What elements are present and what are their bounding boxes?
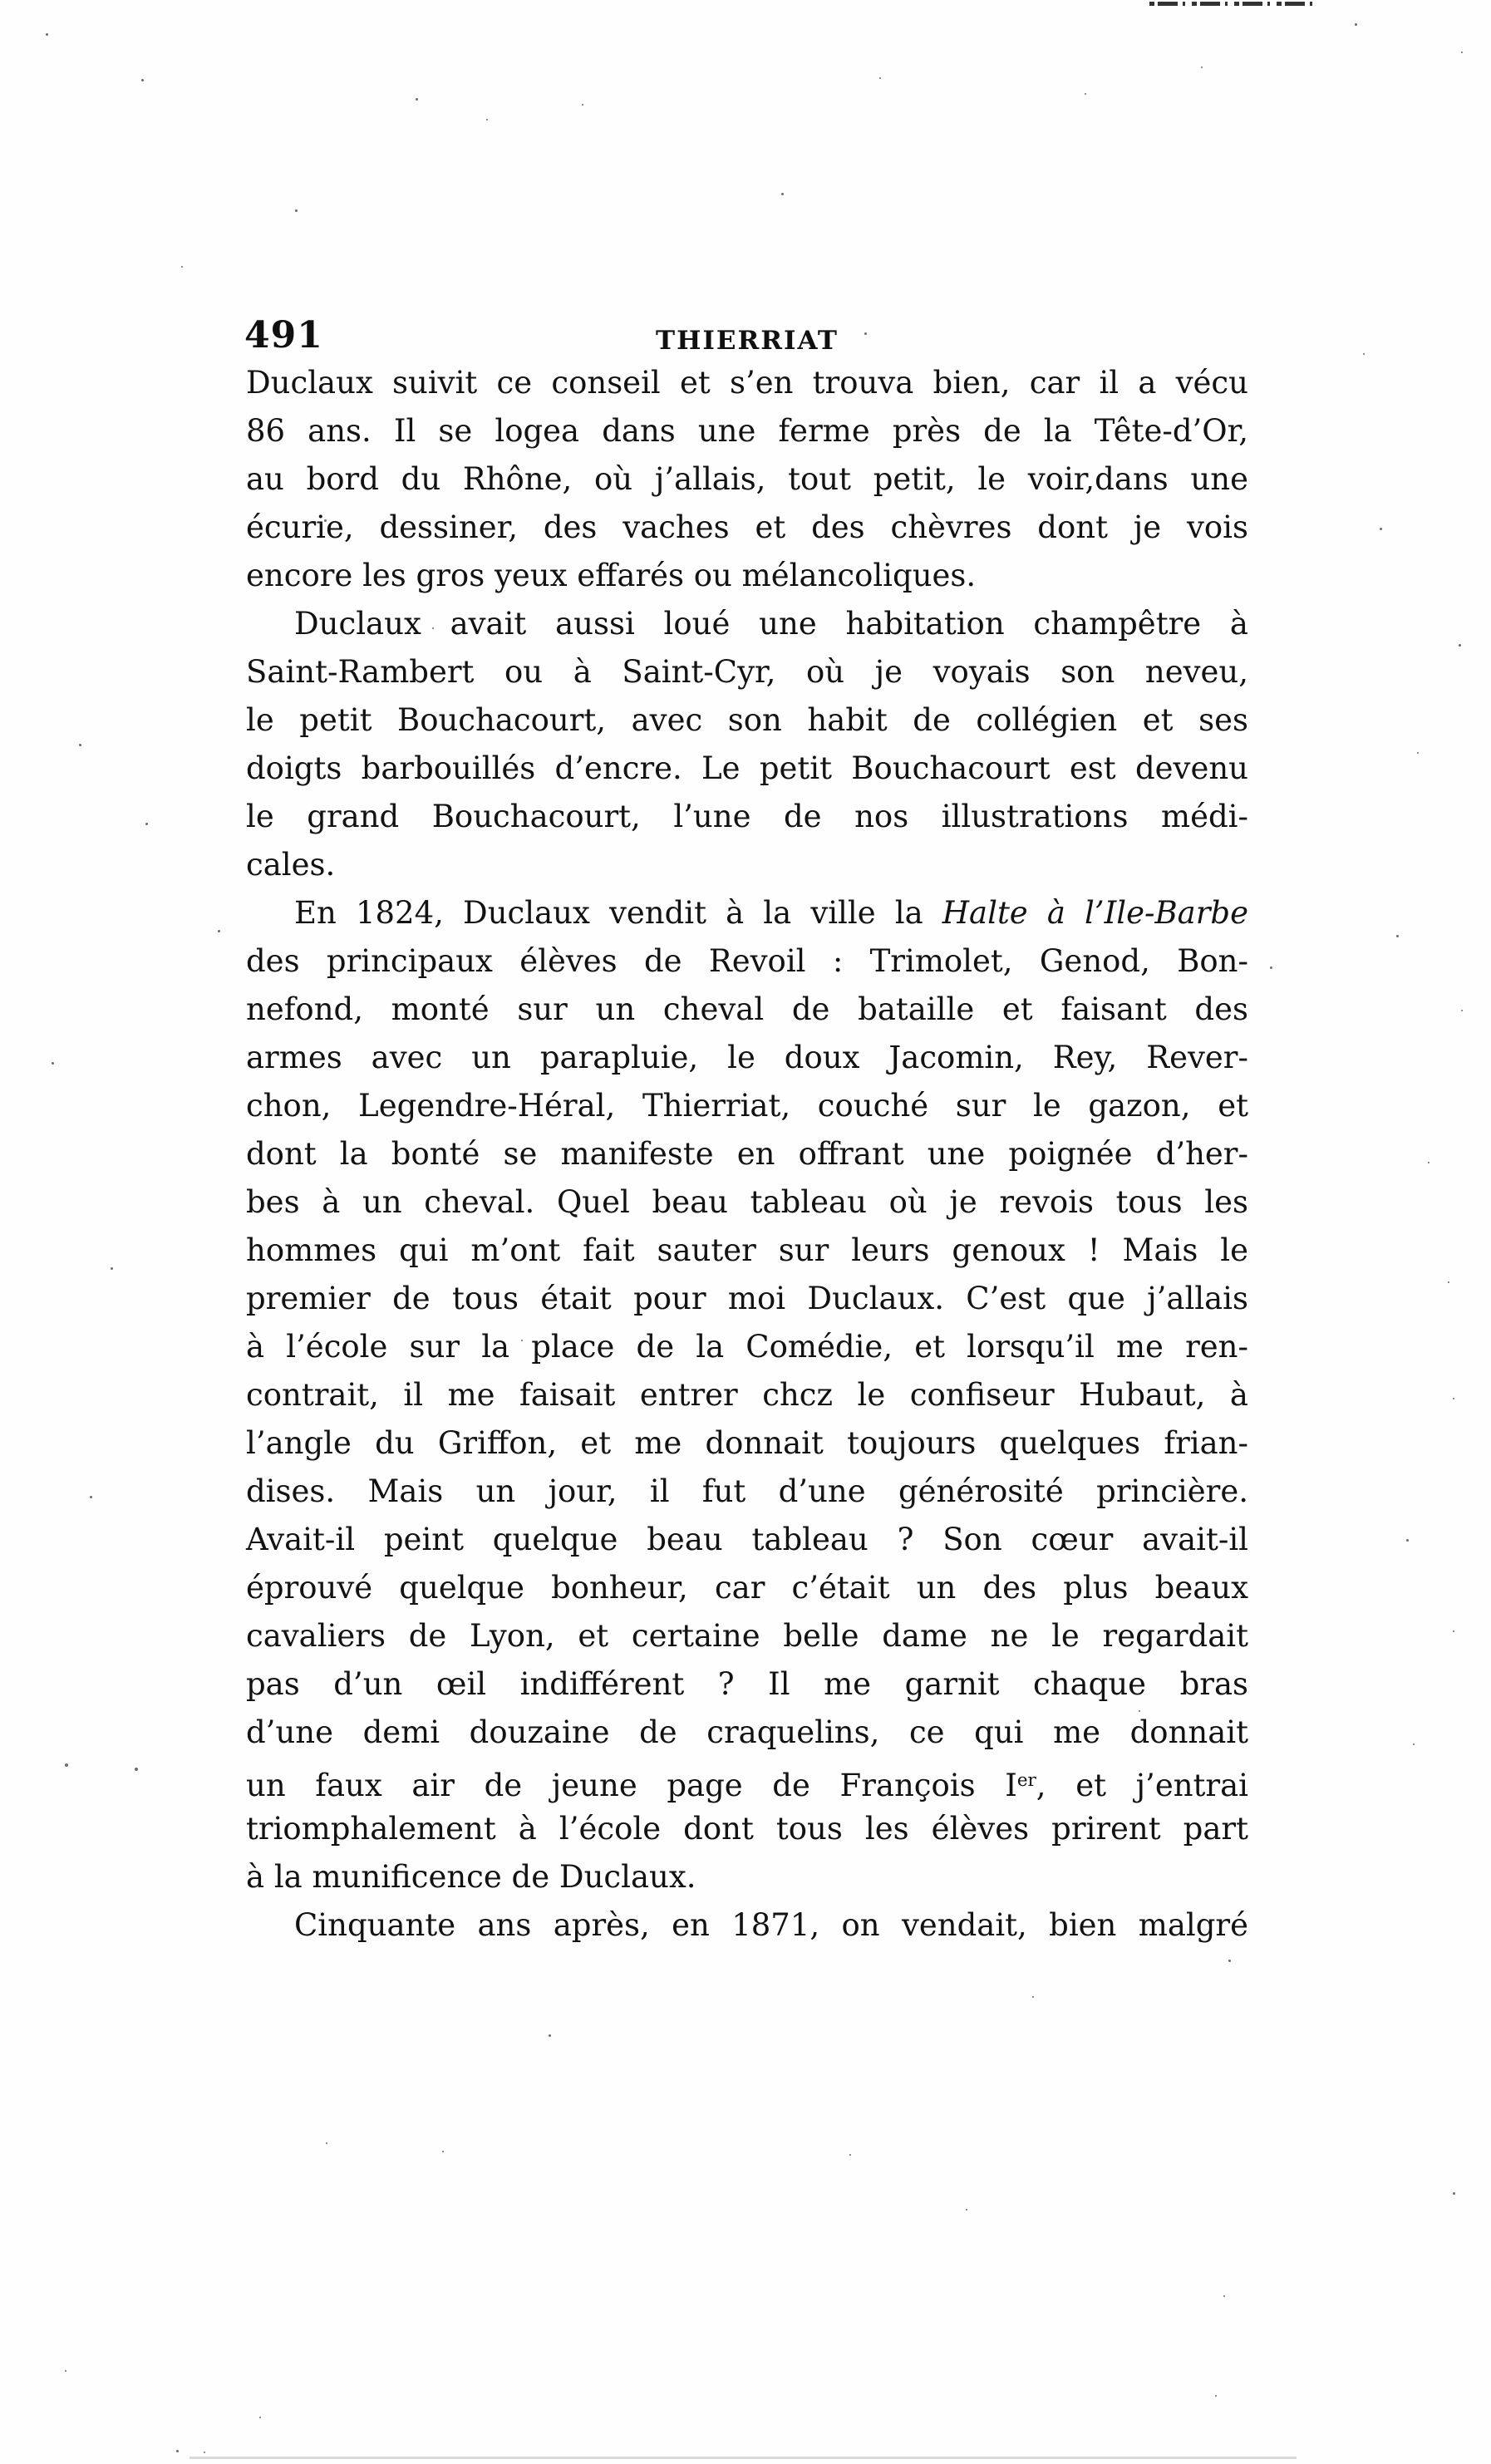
- scan-speck: [111, 1267, 113, 1270]
- text-line: cavaliers de Lyon, et certaine belle dam…: [246, 1612, 1248, 1660]
- text-line: l’angle du Griffon, et me donnait toujou…: [246, 1419, 1248, 1468]
- scan-speck: [1448, 1281, 1449, 1283]
- scan-speck: [204, 2452, 205, 2453]
- scan-speck: [442, 2151, 444, 2152]
- text-segment-italic: Halte à l’Ile-Barbe: [942, 895, 1248, 931]
- scan-speck: [1139, 1710, 1140, 1712]
- text-line: écurie, dessiner, des vaches et des chèv…: [246, 504, 1248, 552]
- text-line: à l’école sur la place de la Comédie, et…: [246, 1323, 1248, 1371]
- text-line: le grand Bouchacourt, l’une de nos illus…: [246, 793, 1248, 841]
- text-line: Duclaux avait aussi loué une habitation …: [246, 600, 1248, 648]
- scan-speck: [849, 2154, 851, 2156]
- scan-speck: [65, 2370, 66, 2372]
- scan-speck: [781, 193, 784, 195]
- text-segment: , et j’entrai: [1036, 1768, 1248, 1803]
- scan-speck: [879, 77, 881, 79]
- scan-speck: [432, 627, 434, 629]
- scan-speck: [582, 104, 583, 106]
- scan-speck: [52, 1062, 54, 1065]
- running-header: THIERRIAT: [246, 326, 1248, 356]
- scan-speck: [1406, 1539, 1409, 1542]
- scan-speck: [521, 1340, 523, 1341]
- scan-speck: [79, 744, 81, 746]
- text-line: dises. Mais un jour, il fut d’une généro…: [246, 1468, 1248, 1516]
- body-text: Duclaux suivit ce conseil et s’en trouva…: [246, 359, 1248, 1950]
- scan-speck: [1417, 752, 1419, 754]
- scan-speck: [326, 2142, 327, 2144]
- scan-speck: [181, 266, 183, 268]
- scan-speck: [295, 209, 298, 212]
- scan-speck: [141, 79, 144, 81]
- scan-speck: [176, 2450, 179, 2452]
- scan-speck: [966, 2209, 967, 2211]
- scan-speck: [1363, 353, 1365, 355]
- scan-speck: [1270, 966, 1272, 969]
- scan-speck: [259, 2417, 261, 2418]
- text-line: 86 ans. Il se logea dans une ferme près …: [246, 407, 1248, 455]
- book-page: 491 THIERRIAT Duclaux suivit ce conseil …: [0, 0, 1491, 2464]
- text-line: premier de tous était pour moi Duclaux. …: [246, 1275, 1248, 1323]
- scan-speck: [1396, 935, 1399, 937]
- scan-speck: [1032, 1996, 1034, 1998]
- scan-speck: [1461, 1010, 1463, 1011]
- scan-speck: [1228, 1960, 1231, 1962]
- scan-speck: [1459, 644, 1461, 647]
- scan-speck: [416, 98, 418, 101]
- text-line: un faux air de jeune page de François Ie…: [246, 1757, 1248, 1805]
- scan-speck: [1380, 528, 1382, 530]
- scan-artifact-dashed-line: [1149, 2, 1316, 6]
- scan-speck: [135, 1768, 138, 1771]
- text-segment: En 1824, Duclaux vendit à la ville la: [294, 895, 942, 931]
- scan-speck: [864, 332, 867, 335]
- scan-speck: [1355, 23, 1357, 26]
- text-line: En 1824, Duclaux vendit à la ville la Ha…: [246, 889, 1248, 937]
- scan-speck: [65, 1763, 68, 1767]
- text-line: Duclaux suivit ce conseil et s’en trouva…: [246, 359, 1248, 407]
- text-line: contrait, il me faisait entrer chcz le c…: [246, 1371, 1248, 1419]
- scan-speck: [46, 33, 48, 36]
- scan-speck: [1085, 93, 1086, 95]
- text-line: d’une demi douzaine de craquelins, ce qu…: [246, 1709, 1248, 1757]
- text-segment: un faux air de jeune page de François I: [246, 1768, 1017, 1803]
- text-line: Avait-il peint quelque beau tableau ? So…: [246, 1516, 1248, 1564]
- scan-speck: [1453, 1398, 1454, 1399]
- text-line: pas d’un œil indifférent ? Il me garnit …: [246, 1660, 1248, 1709]
- scan-speck: [549, 2034, 551, 2037]
- text-line: le petit Bouchacourt, avec son habit de …: [246, 696, 1248, 745]
- scan-speck: [1453, 1630, 1454, 1632]
- scan-speck: [1223, 2295, 1225, 2297]
- text-line: Cinquante ans après, en 1871, on vendait…: [246, 1901, 1248, 1950]
- text-line: chon, Legendre-Héral, Thierriat, couché …: [246, 1082, 1248, 1130]
- text-line: à la munificence de Duclaux.: [246, 1853, 1248, 1901]
- scan-speck: [218, 930, 220, 932]
- text-line: encore les gros yeux effarés ou mélancol…: [246, 552, 1248, 600]
- scan-artifact-bottom-edge: [189, 2457, 1297, 2459]
- text-line: dont la bonté se manifeste en offrant un…: [246, 1130, 1248, 1178]
- scan-speck: [1428, 1162, 1429, 1163]
- scan-speck: [486, 119, 488, 120]
- scan-speck: [145, 823, 148, 825]
- text-line: doigts barbouillés d’encre. Le petit Bou…: [246, 745, 1248, 793]
- scan-speck: [1215, 2395, 1217, 2397]
- text-line: au bord du Rhône, où j’allais, tout peti…: [246, 455, 1248, 504]
- scan-speck: [1413, 1743, 1415, 1745]
- text-line: cales.: [246, 841, 1248, 889]
- scan-speck: [324, 519, 327, 522]
- text-line: triomphalement à l’école dont tous les é…: [246, 1805, 1248, 1853]
- text-line: armes avec un parapluie, le doux Jacomin…: [246, 1034, 1248, 1082]
- text-line: Saint-Rambert ou à Saint-Cyr, où je voya…: [246, 648, 1248, 696]
- text-line: des principaux élèves de Revoil : Trimol…: [246, 937, 1248, 986]
- text-line: hommes qui m’ont fait sauter sur leurs g…: [246, 1227, 1248, 1275]
- scan-speck: [1461, 52, 1463, 53]
- text-line: bes à un cheval. Quel beau tableau où je…: [246, 1178, 1248, 1227]
- text-line: éprouvé quelque bonheur, car c’était un …: [246, 1564, 1248, 1612]
- scan-speck: [90, 1496, 92, 1498]
- text-segment-sup: er: [1017, 1770, 1036, 1791]
- scan-speck: [1201, 66, 1203, 68]
- scan-speck: [1453, 2192, 1455, 2195]
- text-line: nefond, monté sur un cheval de bataille …: [246, 986, 1248, 1034]
